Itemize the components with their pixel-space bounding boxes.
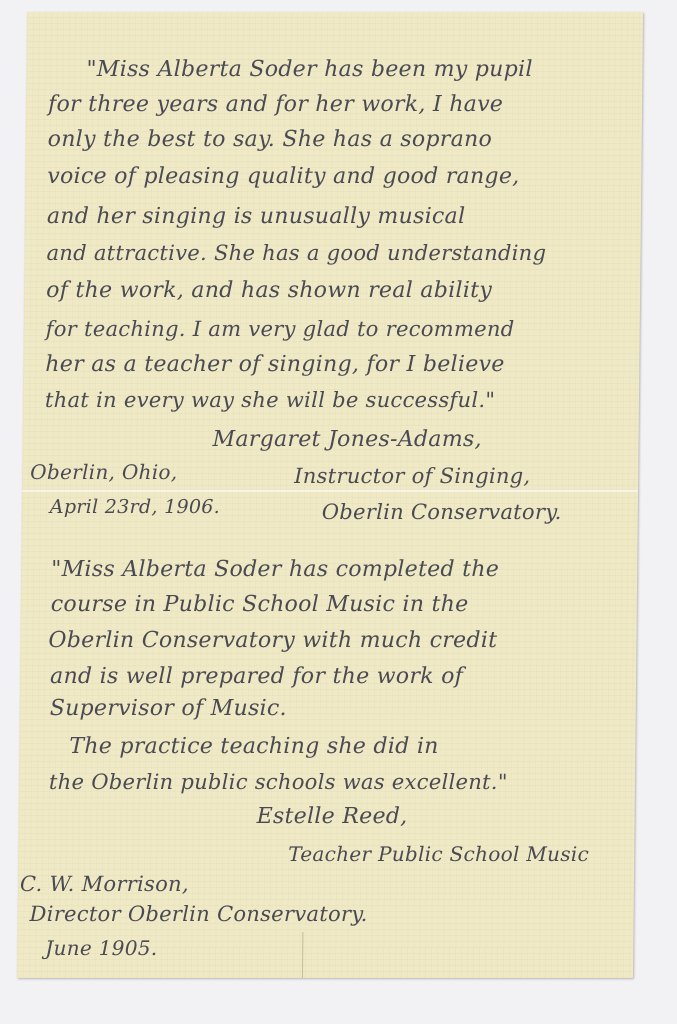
signatory-institution-1: Oberlin Conservatory. <box>322 500 562 524</box>
paper-tear <box>302 932 303 978</box>
testimonial-2-line: Supervisor of Music. <box>50 696 287 721</box>
testimonial-1-line: voice of pleasing quality and good range… <box>47 164 519 189</box>
letter-page: "Miss Alberta Soder has been my pupil fo… <box>17 12 643 978</box>
signature-margaret-jones-adams: Margaret Jones-Adams, <box>212 427 482 452</box>
testimonial-2-line: course in Public School Music in the <box>51 592 469 617</box>
testimonial-2-line: and is well prepared for the work of <box>50 664 463 689</box>
closing-name: C. W. Morrison, <box>20 872 189 896</box>
paper-fold-horizontal <box>22 489 638 492</box>
signatory-title-1: Instructor of Singing, <box>294 464 531 488</box>
testimonial-1-line: for teaching. I am very glad to recommen… <box>46 317 515 341</box>
signatory-title-2: Teacher Public School Music <box>288 842 589 866</box>
testimonial-1-line: only the best to say. She has a soprano <box>48 127 493 152</box>
testimonial-1-line: of the work, and has shown real ability <box>46 278 492 303</box>
testimonial-1-line: that in every way she will be successful… <box>45 388 496 412</box>
testimonial-1-line: for three years and for her work, I have <box>48 92 503 117</box>
testimonial-1-line: and her singing is unusually musical <box>47 204 466 229</box>
testimonial-2-line: Oberlin Conservatory with much credit <box>48 628 497 653</box>
testimonial-2-line: "Miss Alberta Soder has completed the <box>51 557 499 582</box>
testimonial-1-line: and attractive. She has a good understan… <box>46 241 546 265</box>
closing-title: Director Oberlin Conservatory. <box>29 902 367 926</box>
testimonial-1-line: her as a teacher of singing, for I belie… <box>45 352 505 377</box>
closing-date: June 1905. <box>45 936 157 960</box>
testimonial-2-line: the Oberlin public schools was excellent… <box>49 770 508 794</box>
testimonial-2-line: The practice teaching she did in <box>69 734 439 759</box>
place-oberlin-ohio: Oberlin, Ohio, <box>30 460 178 484</box>
testimonial-1-line: "Miss Alberta Soder has been my pupil <box>86 57 533 82</box>
signature-estelle-reed: Estelle Reed, <box>257 804 408 829</box>
date-april-1906: April 23rd, 1906. <box>50 496 220 518</box>
